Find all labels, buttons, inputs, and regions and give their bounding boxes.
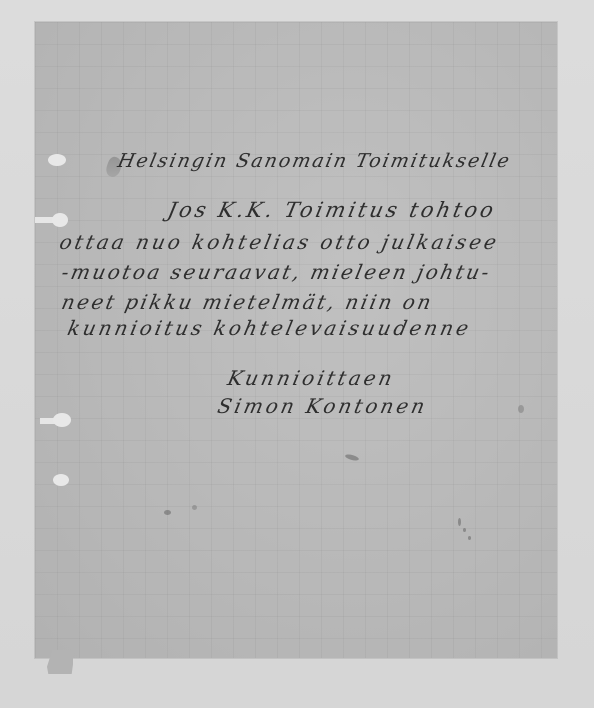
punch-hole bbox=[53, 413, 71, 427]
punch-hole bbox=[53, 474, 69, 486]
punch-hole bbox=[52, 213, 68, 227]
letter-body-line-1: Jos K.K. Toimitus tohtoo bbox=[165, 198, 498, 222]
letter-body-line-3: -muotoa seuraavat, mieleen johtu- bbox=[59, 260, 493, 284]
letter-body-line-5: kunnioitus kohtelevaisuudenne bbox=[65, 316, 473, 340]
letter-body-line-2: ottaa nuo kohtelias otto julkaisee bbox=[57, 230, 501, 254]
punch-hole bbox=[48, 154, 66, 166]
ink-speck bbox=[164, 510, 171, 515]
ink-speck bbox=[463, 528, 466, 532]
letter-closing: Kunnioittaen bbox=[225, 366, 397, 390]
ink-speck bbox=[458, 518, 461, 526]
letter-paper bbox=[35, 22, 557, 658]
ink-speck bbox=[518, 405, 524, 413]
letter-body-line-4: neet pikku mietelmät, niin on bbox=[59, 290, 435, 314]
letter-signature: Simon Kontonen bbox=[215, 394, 429, 418]
letter-greeting: Helsingin Sanomain Toimitukselle bbox=[116, 150, 513, 172]
ink-speck bbox=[468, 536, 471, 540]
ink-speck bbox=[192, 505, 197, 510]
